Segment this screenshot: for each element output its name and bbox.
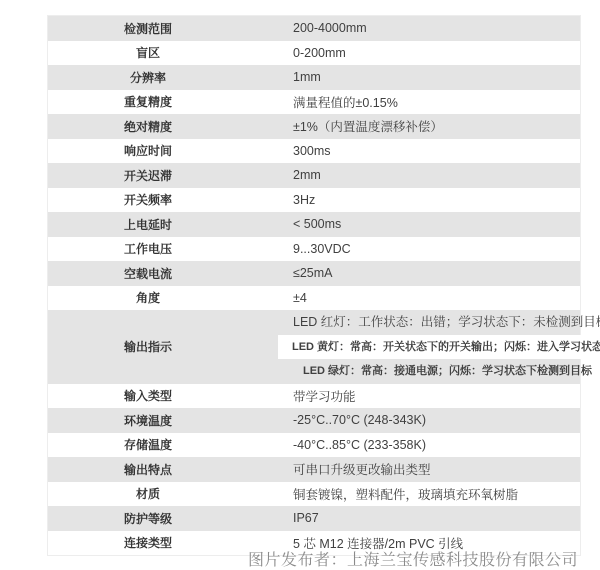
spec-label: 重复精度	[48, 90, 248, 115]
spec-label: 防护等级	[48, 506, 248, 531]
spec-label: 分辨率	[48, 65, 248, 90]
spec-label: 输入类型	[48, 384, 248, 409]
spec-label: 输出特点	[48, 457, 248, 482]
led-indicator-line: LED 红灯：工作状态：出错；学习状态下：未检测到目标	[248, 310, 600, 335]
spec-label: 盲区	[48, 41, 248, 66]
spec-value: 1mm	[248, 65, 580, 90]
table-row: 角度±4	[48, 286, 580, 311]
spec-value: < 500ms	[248, 212, 580, 237]
spec-label: 角度	[48, 286, 248, 311]
spec-value: 铜套镀镍，塑料配件，玻璃填充环氧树脂	[248, 482, 580, 507]
table-row: 检测范围200-4000mm	[48, 16, 580, 41]
table-row: 环境温度-25°C..70°C (248-343K)	[48, 408, 580, 433]
page: 检测范围200-4000mm盲区0-200mm分辨率1mm重复精度满量程值的±0…	[0, 0, 600, 570]
spec-label: 响应时间	[48, 139, 248, 164]
spec-label: 上电延时	[48, 212, 248, 237]
spec-value: 0-200mm	[248, 41, 580, 66]
spec-value: ±1%（内置温度漂移补偿）	[248, 114, 580, 139]
table-row: 盲区0-200mm	[48, 41, 580, 66]
led-indicator-line: LED 绿灯：常高：接通电源；闪烁：学习状态下检测到目标	[248, 359, 600, 384]
spec-value: 300ms	[248, 139, 580, 164]
table-row: 输出特点可串口升级更改输出类型	[48, 457, 580, 482]
spec-value: ±4	[248, 286, 580, 311]
spec-value: 9...30VDC	[248, 237, 580, 262]
spec-value: 3Hz	[248, 188, 580, 213]
spec-value: 可串口升级更改输出类型	[248, 457, 580, 482]
led-indicator-line: LED 黄灯：常高：开关状态下的开关输出；闪烁：进入学习状态	[278, 335, 600, 360]
spec-label: 开关频率	[48, 188, 248, 213]
table-row: 分辨率1mm	[48, 65, 580, 90]
spec-label: 检测范围	[48, 16, 248, 41]
spec-value: 带学习功能	[248, 384, 580, 409]
table-row: 上电延时< 500ms	[48, 212, 580, 237]
spec-value: 满量程值的±0.15%	[248, 90, 580, 115]
table-row: 输入类型带学习功能	[48, 384, 580, 409]
spec-value: IP67	[248, 506, 580, 531]
spec-label: 空载电流	[48, 261, 248, 286]
spec-label: 输出指示	[48, 310, 248, 384]
spec-value: -25°C..70°C (248-343K)	[248, 408, 580, 433]
spec-value: -40°C..85°C (233-358K)	[248, 433, 580, 458]
spec-label: 材质	[48, 482, 248, 507]
spec-label: 绝对精度	[48, 114, 248, 139]
table-row: 重复精度满量程值的±0.15%	[48, 90, 580, 115]
table-row: 绝对精度±1%（内置温度漂移补偿）	[48, 114, 580, 139]
spec-label: 存储温度	[48, 433, 248, 458]
table-row: 防护等级IP67	[48, 506, 580, 531]
spec-label: 开关迟滞	[48, 163, 248, 188]
table-row: 输出指示LED 红灯：工作状态：出错；学习状态下：未检测到目标LED 黄灯：常高…	[48, 310, 580, 384]
spec-value: ≤25mA	[248, 261, 580, 286]
watermark-text: 图片发布者：上海兰宝传感科技股份有限公司	[248, 547, 578, 570]
spec-value: 200-4000mm	[248, 16, 580, 41]
spec-label: 连接类型	[48, 531, 248, 556]
spec-label: 环境温度	[48, 408, 248, 433]
table-row: 材质铜套镀镍，塑料配件，玻璃填充环氧树脂	[48, 482, 580, 507]
table-row: 响应时间300ms	[48, 139, 580, 164]
spec-table: 检测范围200-4000mm盲区0-200mm分辨率1mm重复精度满量程值的±0…	[47, 15, 581, 556]
table-row: 开关频率3Hz	[48, 188, 580, 213]
spec-value: 2mm	[248, 163, 580, 188]
table-row: 工作电压9...30VDC	[48, 237, 580, 262]
table-row: 开关迟滞2mm	[48, 163, 580, 188]
table-row: 存储温度-40°C..85°C (233-358K)	[48, 433, 580, 458]
spec-label: 工作电压	[48, 237, 248, 262]
table-row: 空载电流≤25mA	[48, 261, 580, 286]
spec-value: LED 红灯：工作状态：出错；学习状态下：未检测到目标LED 黄灯：常高：开关状…	[248, 310, 600, 384]
